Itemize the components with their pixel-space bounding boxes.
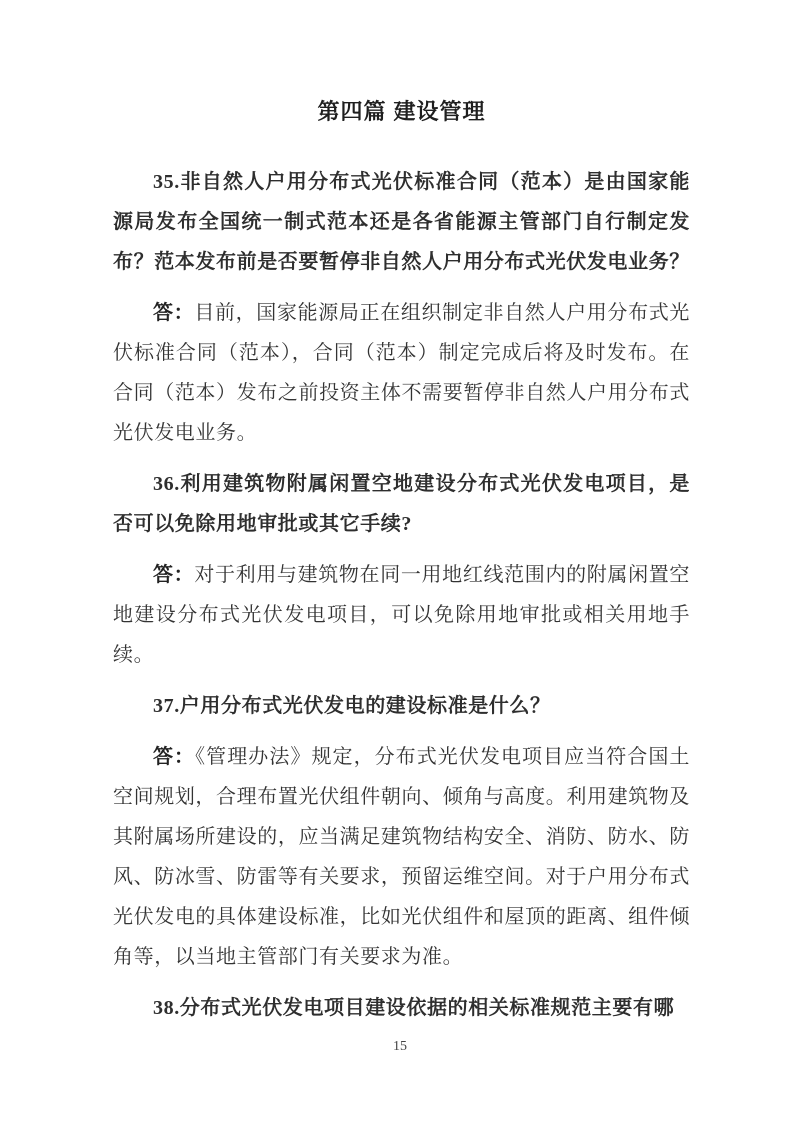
question-36: 36.利用建筑物附属闲置空地建设分布式光伏发电项目，是否可以免除用地审批或其它手… <box>113 464 690 544</box>
answer-37-text: 《管理办法》规定，分布式光伏发电项目应当符合国土空间规划，合理布置光伏组件朝向、… <box>113 746 690 968</box>
answer-36-text: 对于利用与建筑物在同一用地红线范围内的附属闲置空地建设分布式光伏发电项目，可以免… <box>113 564 690 666</box>
question-37: 37.户用分布式光伏发电的建设标准是什么？ <box>113 686 690 726</box>
page-content: 第四篇 建设管理 35.非自然人户用分布式光伏标准合同（范本）是由国家能源局发布… <box>113 0 690 1039</box>
section-title: 第四篇 建设管理 <box>113 97 690 127</box>
answer-37: 答：《管理办法》规定，分布式光伏发电项目应当符合国土空间规划，合理布置光伏组件朝… <box>113 737 690 977</box>
answer-35-label: 答： <box>153 302 194 324</box>
answer-35: 答：目前，国家能源局正在组织制定非自然人户用分布式光伏标准合同（范本），合同（范… <box>113 293 690 453</box>
answer-35-text: 目前，国家能源局正在组织制定非自然人户用分布式光伏标准合同（范本），合同（范本）… <box>113 302 690 444</box>
answer-36-label: 答： <box>153 564 194 586</box>
document-page: 第四篇 建设管理 35.非自然人户用分布式光伏标准合同（范本）是由国家能源局发布… <box>0 0 800 1131</box>
answer-37-label: 答： <box>153 746 195 768</box>
answer-36: 答：对于利用与建筑物在同一用地红线范围内的附属闲置空地建设分布式光伏发电项目，可… <box>113 555 690 675</box>
page-number: 15 <box>0 1038 800 1056</box>
question-38: 38.分布式光伏发电项目建设依据的相关标准规范主要有哪 <box>113 988 690 1028</box>
question-35: 35.非自然人户用分布式光伏标准合同（范本）是由国家能源局发布全国统一制式范本还… <box>113 162 690 282</box>
